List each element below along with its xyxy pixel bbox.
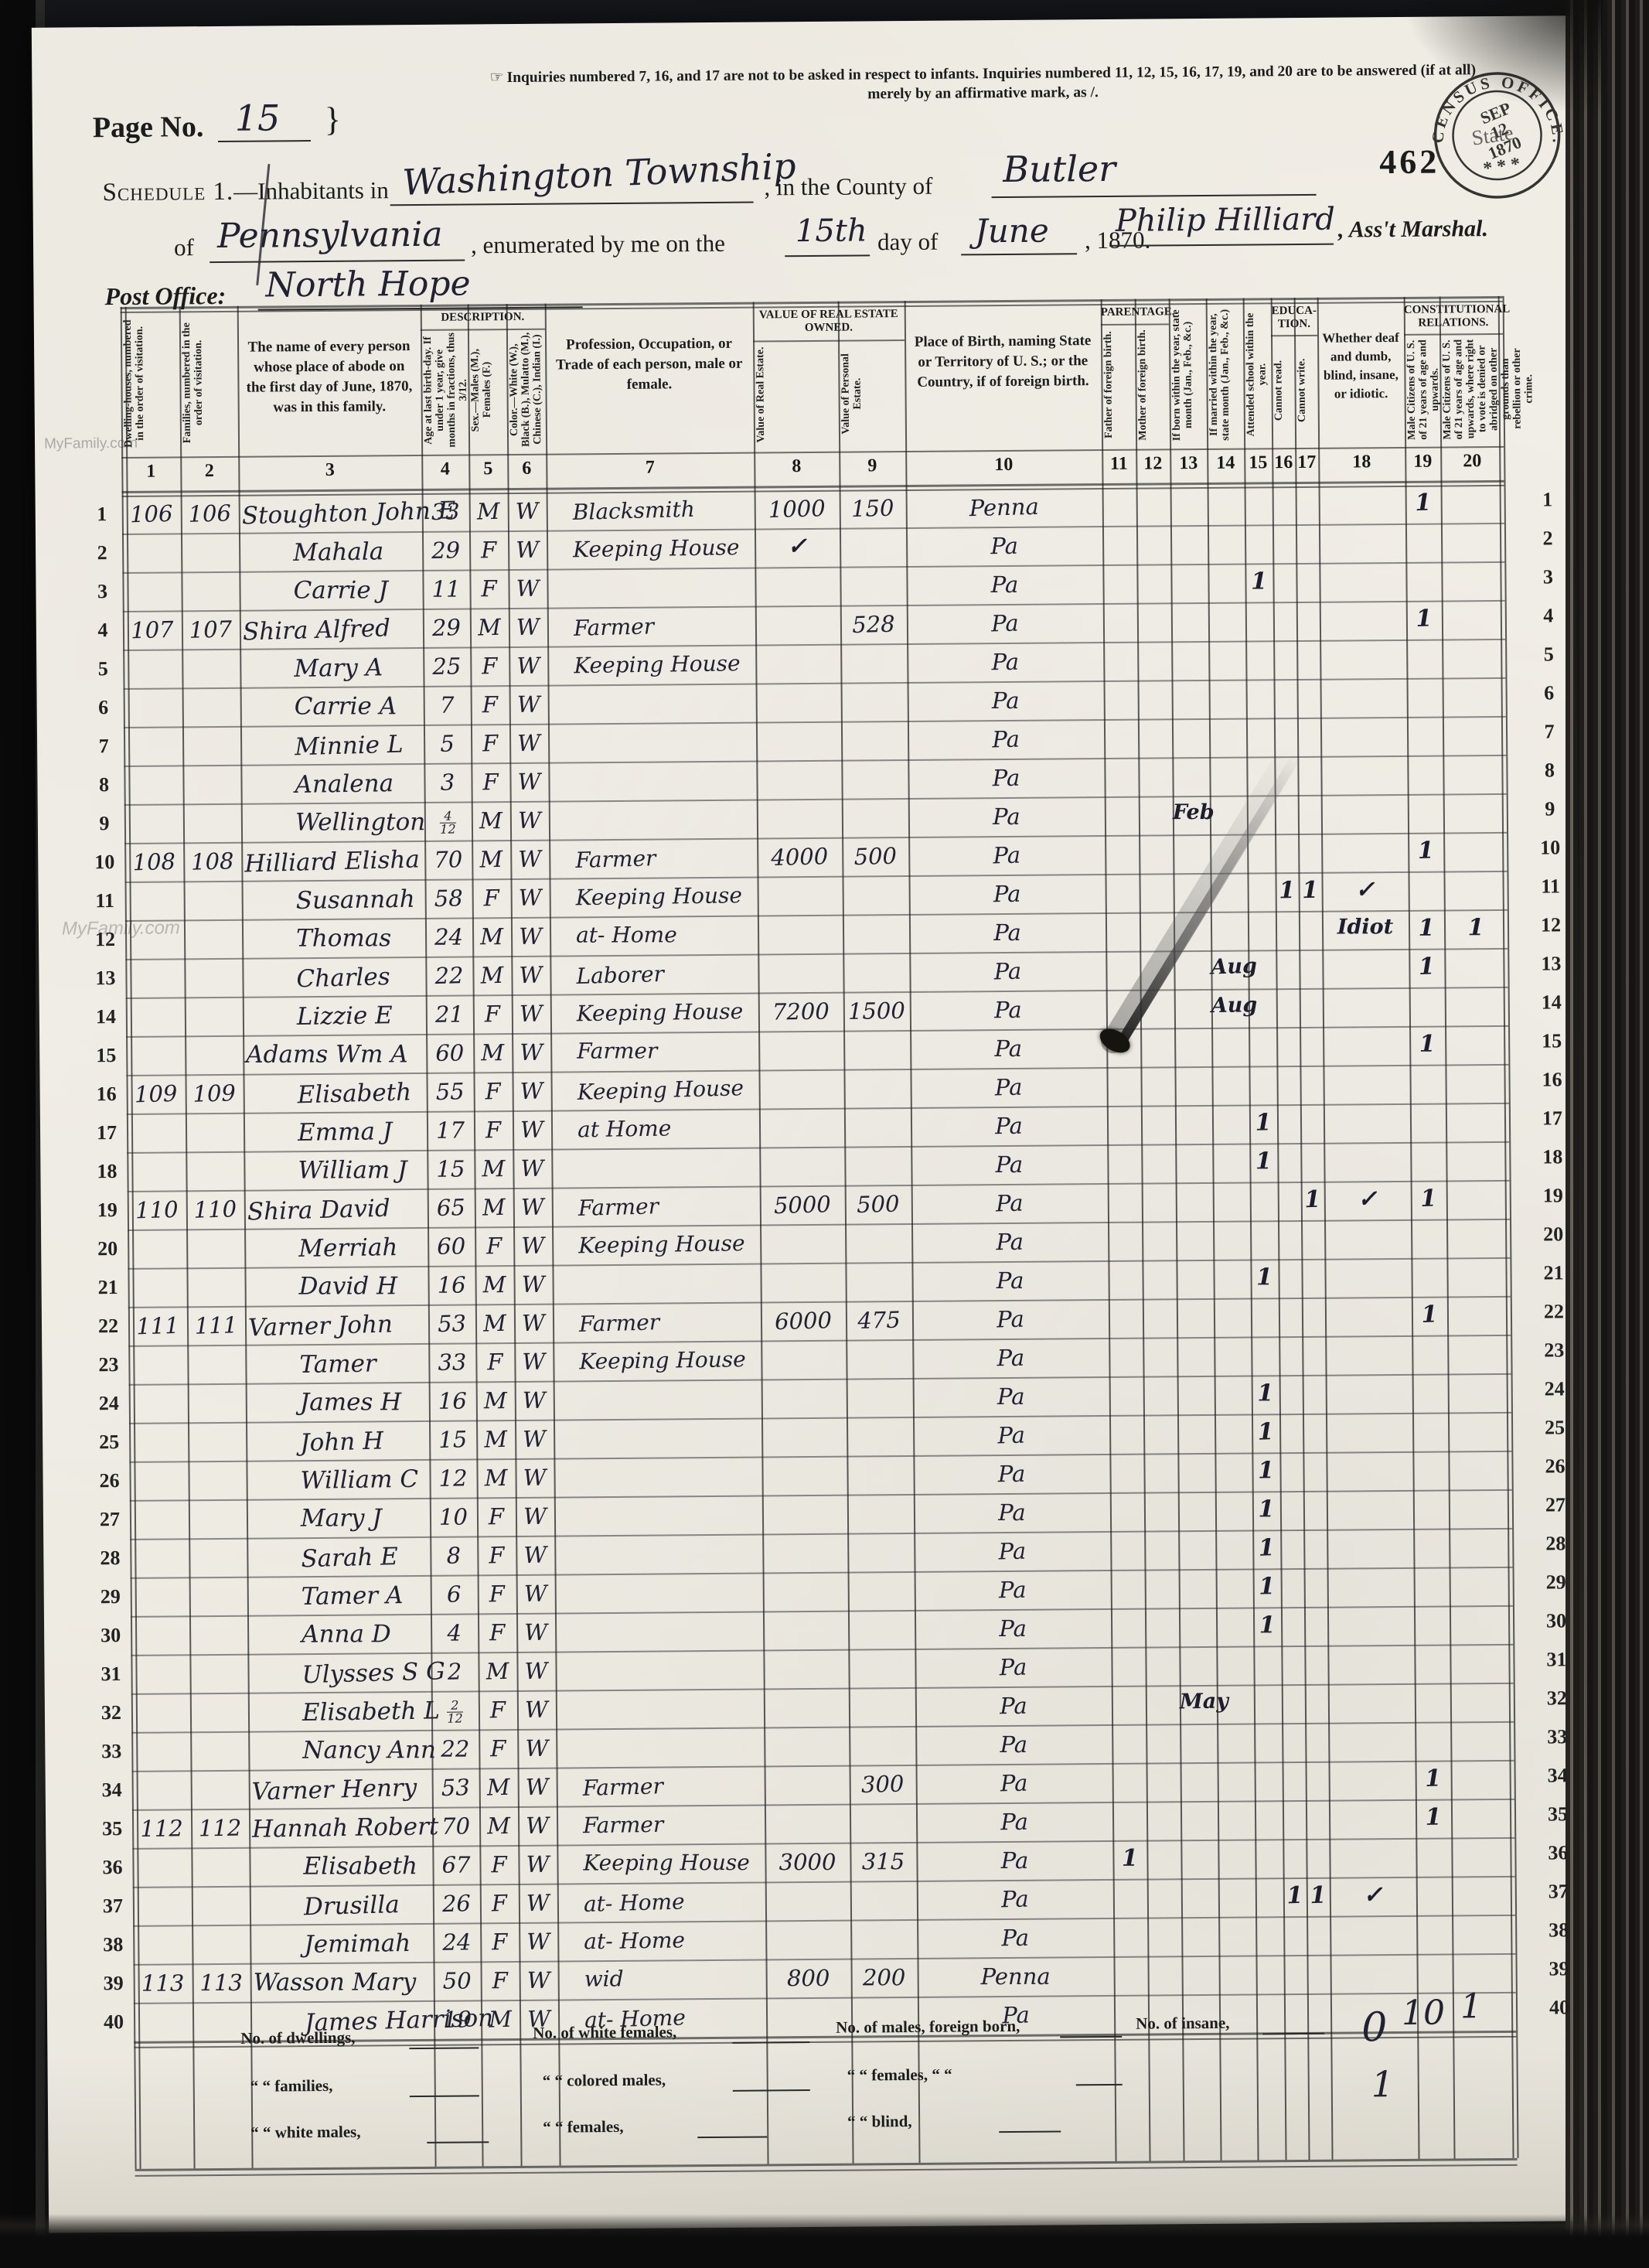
cell-occupation: Keeping House: [547, 650, 813, 679]
row-number-left: 31: [94, 1663, 128, 1686]
cell-mark-col19: 1: [1405, 489, 1441, 517]
cell-family-number: 106: [180, 500, 239, 527]
cell-mark-col19: 1: [1410, 1185, 1446, 1212]
cell-age: 24: [433, 1929, 480, 1956]
cell-real-estate-value: 800: [766, 1965, 851, 1991]
footer-label: No. of insane,: [1136, 2014, 1230, 2034]
column-group-header: PARENTAGE.: [1101, 305, 1169, 319]
cell-age: 33: [428, 1349, 475, 1376]
cell-personal-estate-value: 200: [851, 1964, 918, 1990]
county-value: Butler: [1003, 148, 1116, 190]
cell-birthplace: Pa: [908, 840, 1106, 871]
cell-age: 22: [425, 962, 473, 990]
census-page: Page No. 15 } ☞ Inquiries numbered 7, 16…: [32, 15, 1589, 2233]
cell-occupation: Keeping House: [550, 1073, 816, 1106]
cell-sex: F: [475, 1233, 513, 1260]
cell-occupation: Farmer: [556, 1769, 822, 1802]
cell-age: 55: [426, 1078, 474, 1106]
cell-color: W: [510, 884, 549, 911]
pointing-hand-icon: ☞: [490, 67, 504, 86]
group-underline: [753, 339, 905, 342]
cell-sex: F: [471, 769, 509, 796]
cell-family-number: 108: [183, 848, 242, 875]
cell-color: W: [516, 1657, 556, 1684]
row-number-left: 11: [88, 889, 122, 912]
column-number-12: 12: [1136, 453, 1170, 474]
row-number-left: 30: [94, 1624, 128, 1647]
cell-color: W: [516, 1503, 554, 1530]
column-number-10: 10: [905, 454, 1102, 476]
cell-mark-col19: 1: [1411, 1301, 1447, 1328]
cell-age: 16: [429, 1388, 476, 1414]
row-number-left: 5: [86, 657, 120, 680]
column-header-20: Male Citizens of U. S. of 21 years of ag…: [1441, 338, 1502, 441]
cell-dwelling-number: 113: [134, 1970, 192, 1997]
cell-age: 22: [431, 1736, 479, 1762]
cell-personal-estate-value: 500: [842, 842, 909, 870]
column-header-11: Father of foreign birth.: [1102, 327, 1134, 443]
column-number-20: 20: [1440, 451, 1504, 472]
column-number-6: 6: [507, 459, 546, 479]
cell-mark-col16: 1: [1283, 1882, 1307, 1910]
cell-color: W: [517, 1773, 557, 1800]
cell-mark-col18: ✓: [1329, 1881, 1416, 1910]
cell-mark-col15: 1: [1252, 1380, 1279, 1407]
cell-birthplace: Pa: [906, 571, 1102, 599]
marshal-title: , Ass't Marshal.: [1338, 216, 1488, 244]
cell-birthplace: Penna: [905, 492, 1102, 524]
column-header-8: Value of Real Estate.: [755, 343, 837, 446]
row-number-left: 15: [89, 1044, 123, 1067]
column-number-19: 19: [1405, 452, 1440, 472]
footer-blank: [1060, 2034, 1122, 2038]
row-number-left: 7: [87, 735, 121, 758]
schedule-label: Schedule 1.: [102, 178, 233, 206]
page-number-brace: }: [325, 100, 342, 139]
cell-mark-col17: 1: [1298, 877, 1322, 904]
cell-sex: M: [481, 2006, 520, 2033]
cell-sex: F: [473, 1001, 512, 1028]
cell-sex: F: [480, 1929, 519, 1956]
cell-color: W: [511, 923, 550, 950]
cell-sex: M: [472, 846, 511, 873]
cell-color: W: [508, 613, 547, 640]
cell-family-number: 109: [185, 1079, 244, 1107]
cell-birthplace: Pa: [910, 1072, 1107, 1103]
cell-mark-col13: May: [1180, 1690, 1218, 1714]
column-header-13: If born within the year, state month (Ja…: [1170, 308, 1205, 442]
column-number-13: 13: [1170, 453, 1207, 474]
cell-family-number: 110: [186, 1195, 244, 1223]
column-header-12: Mother of foreign birth.: [1136, 326, 1168, 442]
page-number-label: Page No.: [93, 110, 204, 145]
cell-color: W: [509, 768, 548, 795]
cell-color: W: [507, 497, 547, 524]
scan-bottom-edge: [0, 2214, 1649, 2268]
cell-age: 7: [424, 692, 471, 718]
cell-birthplace: Pa: [913, 1383, 1109, 1410]
cell-age: 24: [425, 924, 472, 950]
cell-personal-estate-value: 528: [840, 610, 907, 638]
cell-color: W: [515, 1464, 554, 1491]
cell-birthplace: Pa: [908, 763, 1104, 793]
cell-color: W: [515, 1425, 554, 1452]
cell-mark-col19: 1: [1416, 1803, 1452, 1831]
row-number-left: 26: [92, 1469, 126, 1492]
month-value: June: [975, 212, 1049, 251]
cell-age: 60: [428, 1233, 475, 1260]
row-number-left: 37: [96, 1895, 130, 1918]
footer-blank: [999, 2129, 1061, 2133]
cell-birthplace: Pa: [914, 1499, 1110, 1526]
row-number-left: 19: [90, 1199, 124, 1222]
cell-real-estate-value: 1000: [754, 495, 840, 524]
cell-sex: M: [478, 1658, 517, 1685]
cell-occupation: Keeping House: [549, 882, 814, 911]
cell-color: W: [513, 1155, 551, 1182]
column-number-8: 8: [754, 456, 839, 478]
cell-real-estate-value: 5000: [759, 1191, 845, 1219]
column-number-17: 17: [1295, 452, 1318, 473]
cell-dwelling-number: 111: [128, 1312, 188, 1340]
footer-tally-idiotic: 1: [1371, 2063, 1395, 2105]
cell-birthplace: Pa: [913, 1459, 1109, 1489]
cell-birthplace: Pa: [906, 531, 1102, 561]
row-number-left: 24: [92, 1392, 126, 1415]
cell-age: 65: [427, 1194, 475, 1222]
column-group-header: DESCRIPTION.: [421, 311, 545, 325]
cell-occupation: Farmer: [547, 609, 813, 642]
cell-age: 16: [428, 1272, 475, 1298]
cell-color: W: [509, 575, 547, 602]
row-number-left: 13: [88, 967, 122, 990]
cell-sex: M: [472, 807, 510, 834]
cell-age: 3: [424, 769, 471, 796]
cell-mark-col15: 1: [1252, 1418, 1280, 1446]
row-number-left: 21: [91, 1276, 125, 1299]
cell-sex: M: [479, 1774, 518, 1801]
footer-label: “ “ white males,: [250, 2123, 361, 2143]
cell-age: 21: [426, 1001, 473, 1028]
row-number-left: 6: [87, 696, 121, 719]
page-number-underline: [218, 138, 311, 142]
cell-sex: M: [476, 1465, 515, 1492]
row-number-left: 10: [87, 851, 121, 874]
group-underline: [421, 329, 545, 331]
schedule-rest: —Inhabitants in: [233, 176, 389, 205]
cell-mark-col18: ✓: [1324, 1185, 1411, 1214]
column-number-14: 14: [1207, 453, 1244, 474]
row-number-left: 27: [93, 1508, 127, 1531]
row-number-left: 29: [94, 1585, 128, 1608]
cell-color: W: [510, 807, 549, 834]
cell-sex: M: [468, 498, 508, 525]
cell-age: 15: [427, 1156, 474, 1182]
month-underline: [961, 251, 1077, 255]
cell-color: W: [513, 1116, 551, 1143]
cell-mark-col14: Aug: [1211, 993, 1249, 1018]
cell-mark-col13: Feb: [1173, 800, 1210, 824]
row-number-left: 25: [92, 1431, 126, 1454]
column-header-18: Whether deaf and dumb, blind, insane, or…: [1322, 329, 1400, 404]
enum-day-value: 15th: [796, 213, 867, 249]
post-office-value: North Hope: [265, 264, 471, 305]
cell-birthplace: Pa: [912, 1267, 1109, 1294]
cell-birthplace: Pa: [912, 1343, 1109, 1373]
cell-age: 6: [431, 1581, 478, 1608]
cell-occupation: at- Home: [557, 1885, 823, 1918]
cell-birthplace: Pa: [917, 1923, 1113, 1953]
cell-age: 33: [421, 498, 469, 526]
footer-blank: [733, 2088, 810, 2092]
cell-birthplace: Pa: [912, 1304, 1109, 1335]
cell-mark-col15: 1: [1252, 1457, 1280, 1485]
marshal-underline: [1109, 242, 1334, 247]
cell-family-number: 113: [192, 1970, 250, 1996]
cell-sex: M: [475, 1310, 515, 1337]
cell-age: 25: [423, 653, 470, 680]
row-number-right: 2: [1525, 527, 1571, 550]
cell-age: 67: [432, 1852, 479, 1878]
footer-blank: [427, 2140, 489, 2144]
footer-blank: [1262, 2031, 1324, 2035]
footer-blank: [697, 2134, 767, 2138]
cell-mark-col15: 1: [1252, 1534, 1281, 1562]
group-underline: [1271, 335, 1317, 336]
cell-color: W: [513, 1193, 552, 1220]
cell-color: W: [511, 961, 550, 988]
row-number-left: 34: [95, 1779, 129, 1802]
column-header-14: If married within the year, state month …: [1208, 308, 1242, 442]
cell-mark-col19: 1: [1408, 837, 1444, 865]
cell-age: 26: [432, 1890, 480, 1918]
cell-color: W: [509, 729, 549, 756]
cell-age: 70: [424, 846, 472, 874]
cell-mark-col15: 1: [1252, 1496, 1280, 1523]
column-number-18: 18: [1318, 452, 1405, 473]
cell-color: W: [518, 1889, 557, 1916]
cell-color: W: [520, 1967, 558, 1993]
column-number-7: 7: [546, 457, 754, 479]
cell-sex: F: [481, 1967, 520, 1993]
cell-birthplace: Pa: [915, 1691, 1112, 1721]
footer-label: No. of white females,: [533, 2022, 676, 2042]
row-number-left: 4: [86, 619, 120, 642]
cell-sex: M: [474, 1155, 513, 1182]
cell-birthplace: Pa: [911, 1111, 1107, 1141]
row-number-left: 2: [85, 541, 119, 564]
cell-mark-col14: Aug: [1211, 954, 1249, 979]
cell-personal-estate-value: 1500: [843, 998, 910, 1025]
cell-age: 15: [429, 1426, 477, 1454]
row-number-left: 1: [85, 503, 119, 526]
column-header-2: Families, numbered in the order of visit…: [181, 315, 237, 451]
cell-sex: F: [473, 1078, 513, 1105]
column-group-header: EDUCA- TION.: [1271, 305, 1317, 331]
cell-birthplace: Pa: [909, 919, 1106, 946]
cell-dwelling-number: 112: [132, 1815, 191, 1842]
cell-color: W: [508, 536, 547, 563]
cell-birthplace: Pa: [908, 724, 1105, 755]
cell-age: 53: [428, 1310, 476, 1338]
cell-color: W: [512, 1077, 551, 1104]
cell-color: W: [516, 1541, 555, 1568]
cell-birthplace: Pa: [915, 1768, 1112, 1799]
row-number-left: 38: [96, 1933, 130, 1956]
cell-age: 212: [431, 1697, 479, 1724]
county-label: , in the County of: [764, 172, 932, 202]
column-header-3: The name of every person whose place of …: [242, 336, 417, 418]
cell-real-estate-value: 4000: [757, 843, 843, 871]
column-header-9: Value of Personal Estate.: [840, 343, 904, 445]
cell-mark-col15: 1: [1249, 1109, 1278, 1137]
cell-birthplace: Pa: [913, 1420, 1110, 1451]
cell-occupation: Keeping House: [552, 1229, 817, 1259]
cell-color: W: [518, 1851, 557, 1877]
cell-age: 60: [426, 1040, 473, 1066]
cell-sex: F: [470, 653, 509, 680]
cell-birthplace: Pa: [907, 647, 1103, 677]
book-binding-edge: [1566, 0, 1649, 2268]
cell-birthplace: Pa: [908, 687, 1104, 715]
cell-color: W: [514, 1271, 553, 1298]
footer-blank: [732, 2040, 809, 2044]
cell-age: 50: [434, 1968, 481, 1994]
cell-birthplace: Pa: [911, 1227, 1108, 1257]
cell-color: W: [514, 1348, 553, 1375]
cell-color: W: [513, 1232, 552, 1259]
row-number-left: 33: [94, 1740, 128, 1763]
cell-dwelling-number: 110: [127, 1196, 186, 1224]
column-header-15: Attended school within the year.: [1245, 307, 1270, 442]
cell-occupation: Laborer: [550, 957, 816, 990]
column-number-5: 5: [468, 459, 507, 479]
footer-label: “ “ blind,: [847, 2112, 912, 2132]
cell-sex: F: [479, 1697, 517, 1724]
row-number-left: 36: [95, 1856, 129, 1879]
enum-day-underline: [785, 253, 870, 257]
cell-birthplace: Pa: [907, 608, 1104, 639]
cell-dwelling-number: 108: [124, 848, 184, 876]
cell-sex: F: [478, 1581, 516, 1608]
footer-label: “ “ females,: [543, 2117, 624, 2137]
county-underline: [992, 193, 1317, 198]
cell-birthplace: Pa: [908, 803, 1105, 830]
cell-sex: F: [479, 1890, 519, 1917]
cell-sex: F: [471, 691, 509, 718]
cell-mark-col19: 1: [1409, 953, 1445, 981]
row-number-left: 18: [90, 1160, 124, 1183]
marshal-signature: Philip Hilliard: [1116, 202, 1335, 239]
cell-age: 8: [430, 1542, 478, 1570]
footer-label: “ “ females, “ “: [847, 2065, 952, 2086]
cell-sex: M: [479, 1813, 518, 1840]
row-number-right: 1: [1525, 488, 1571, 511]
cell-personal-estate-value: 475: [846, 1306, 913, 1334]
footer-label: No. of males, foreign born,: [836, 2017, 1020, 2038]
cell-age: 29: [422, 614, 470, 642]
column-header-7: Profession, Occupation, or Trade of each…: [550, 334, 749, 396]
cell-birthplace: Pa: [914, 1536, 1111, 1567]
row-number-left: 35: [95, 1817, 129, 1840]
cell-occupation: Keeping House: [553, 1345, 818, 1375]
cell-mark-col8: ✓: [755, 532, 840, 561]
cell-age: 12: [429, 1465, 476, 1492]
cell-age: 4: [431, 1620, 478, 1646]
cell-sex: M: [476, 1426, 516, 1453]
footer-label: No. of dwellings,: [240, 2028, 355, 2048]
cell-sex: M: [474, 1194, 513, 1221]
census-table: DESCRIPTION.VALUE OF REAL ESTATE OWNED.P…: [32, 15, 1572, 28]
cell-age: 412: [424, 808, 472, 836]
cell-real-estate-value: 6000: [761, 1307, 847, 1335]
cell-age: 53: [431, 1774, 479, 1802]
column-number-16: 16: [1272, 452, 1295, 473]
cell-mark-col20: 1: [1444, 914, 1508, 941]
cell-sex: M: [476, 1387, 515, 1414]
cell-color: W: [512, 1000, 550, 1027]
cell-dwelling-number: 109: [126, 1080, 186, 1108]
cell-birthplace: Pa: [916, 1847, 1112, 1874]
cell-sex: F: [479, 1851, 518, 1877]
cell-birthplace: Pa: [915, 1731, 1112, 1758]
footer-blank: [409, 2045, 479, 2049]
column-header-6: Color.—White (W.), Black (B.), Mulatto (…: [508, 332, 544, 448]
cell-color: W: [514, 1309, 554, 1336]
cell-mark-col11: 1: [1112, 1845, 1146, 1872]
cell-mark-col15: 1: [1249, 1148, 1277, 1175]
cell-mark-col15: 1: [1252, 1573, 1281, 1601]
column-header-4: Age at last birth-day. If under 1 year, …: [422, 332, 467, 448]
cell-family-number: 107: [182, 616, 240, 643]
cell-personal-estate-value: 300: [849, 1770, 916, 1798]
table-horizontal-rule: [135, 2164, 1518, 2177]
footer-blank: [1076, 2082, 1123, 2086]
cell-birthplace: Pa: [910, 995, 1106, 1025]
column-group-header: VALUE OF REAL ESTATE OWNED.: [753, 308, 905, 336]
census-scan-background: Page No. 15 } ☞ Inquiries numbered 7, 16…: [0, 0, 1649, 2268]
row-number-right: 3: [1525, 565, 1571, 588]
row-number-left: 28: [93, 1547, 127, 1570]
row-number-left: 14: [89, 1005, 123, 1028]
township-value: Washington Township: [401, 145, 796, 203]
cell-color: W: [515, 1387, 554, 1414]
column-number-4: 4: [421, 459, 468, 479]
cell-sex: M: [473, 1039, 512, 1066]
cell-age: 19: [434, 2006, 482, 2034]
cell-mark-col19: 1: [1415, 1765, 1451, 1792]
cell-birthplace: Pa: [910, 1035, 1106, 1062]
footer-total-col20: 1: [1460, 1987, 1482, 2026]
cell-personal-estate-value: 500: [844, 1190, 911, 1218]
cell-age: 2: [431, 1658, 479, 1686]
row-number-left: 23: [91, 1353, 125, 1376]
cell-color: W: [519, 1928, 557, 1955]
column-header-19: Male Citizens of U. S. of 21 years of ag…: [1405, 339, 1439, 441]
footer-label: “ “ colored males,: [543, 2071, 666, 2091]
cell-color: W: [510, 845, 550, 872]
row-number-left: 39: [97, 1972, 131, 1995]
column-number-9: 9: [839, 455, 905, 477]
column-number-1: 1: [121, 461, 180, 483]
cell-birthplace: Pa: [909, 956, 1106, 987]
cell-sex: F: [474, 1117, 513, 1144]
column-header-17: Cannot write.: [1296, 339, 1317, 442]
cell-mark-col15: 1: [1253, 1611, 1281, 1639]
cell-color: W: [509, 691, 548, 718]
cell-mark-col18: Idiot: [1322, 915, 1409, 939]
group-underline: [1404, 333, 1503, 336]
